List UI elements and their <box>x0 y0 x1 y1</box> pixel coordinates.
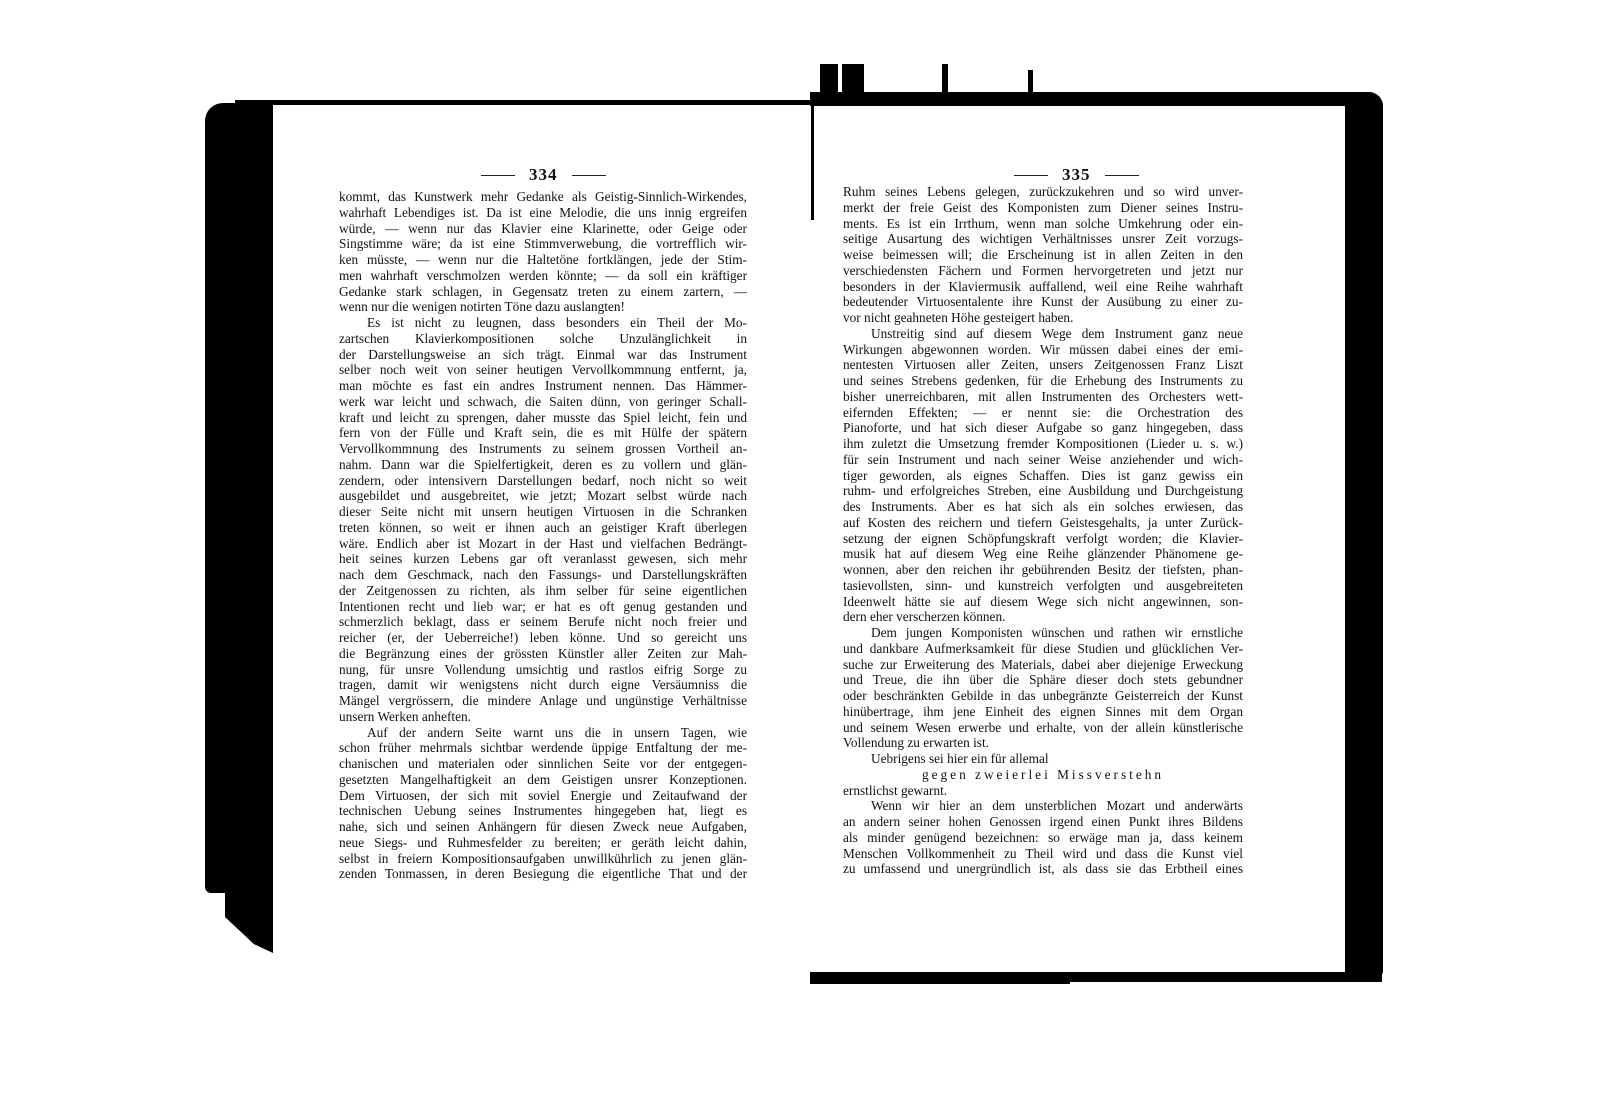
folio-dash <box>481 175 515 176</box>
text-line: fern von der Fülle und Kraft sein, die e… <box>339 425 747 441</box>
left-page-top-edge <box>235 100 810 105</box>
page-tab-marker <box>820 64 838 96</box>
text-line: Ruhm seines Lebens gelegen, zurückzukehr… <box>843 184 1243 200</box>
text-line: selbst in freiern Kompositionsaufgaben u… <box>339 851 747 867</box>
right-page-top-edge <box>810 92 1382 106</box>
text-line: auf Kosten des reichern und tiefern Geis… <box>843 515 1243 531</box>
text-line: schon früher mehrmals sichtbar werdende … <box>339 740 747 756</box>
text-line: verschiedensten Fächern und Formen hervo… <box>843 263 1243 279</box>
body-text: Ruhm seines Lebens gelegen, zurückzukehr… <box>843 184 1243 877</box>
text-line: Auf der andern Seite warnt uns die in un… <box>339 725 747 741</box>
text-line: merkt der freie Geist des Komponisten zu… <box>843 200 1243 216</box>
text-line: der Zeitgenossen zu richten, als ihm sel… <box>339 583 747 599</box>
text-line: men wahrhaft verschmolzen werden könnte;… <box>339 268 747 284</box>
text-line: heit seines kurzen Lebens gar oft veranl… <box>339 551 747 567</box>
text-line: tragen, damit wir wenigstens nicht durch… <box>339 677 747 693</box>
text-line: ernstlichst gewarnt. <box>843 783 1243 799</box>
text-line: man möchte es fast ein andres Instrument… <box>339 378 747 394</box>
left-book-edge-shadow <box>205 103 273 893</box>
text-line: bedeutender Virtuosentalente ihre Kunst … <box>843 294 1243 310</box>
text-line: selber noch weit von seiner heutigen Ver… <box>339 362 747 378</box>
left-page: 334 kommt, das Kunstwerk mehr Gedanke al… <box>273 108 810 988</box>
text-line: des Instruments. Aber es hat sich als ei… <box>843 499 1243 515</box>
text-line: bisher unerreichbaren, mit allen Instrum… <box>843 389 1243 405</box>
text-line: tasievollsten, sinn- und kunstreich verf… <box>843 578 1243 594</box>
text-line: gesetzten Mangelhaftigkeit an dem Geisti… <box>339 772 747 788</box>
left-book-edge-corner <box>225 893 273 953</box>
text-line: wenn nur die wenigen notirten Töne dazu … <box>339 299 747 315</box>
text-line: und seinem Wesen erwerbe und erhalte, vo… <box>843 720 1243 736</box>
page-tab-marker <box>842 64 864 96</box>
text-line: als minder genügend bezeichnen: so erwäg… <box>843 830 1243 846</box>
text-line: eifernden Effekten; — er nennt sie: die … <box>843 405 1243 421</box>
text-line: chanischen und materialen oder sinnliche… <box>339 756 747 772</box>
text-line: tiger geworden, als eignes Schaffen. Die… <box>843 468 1243 484</box>
text-line: ihm zuletzt die Umsetzung fremder Kompos… <box>843 436 1243 452</box>
text-line: kraft und leicht zu sprengen, daher muss… <box>339 410 747 426</box>
text-line: musik hat auf diesem Weg eine Reihe glän… <box>843 546 1243 562</box>
text-line: kommt, das Kunstwerk mehr Gedanke als Ge… <box>339 189 747 205</box>
text-line: treten können, so weit er ihnen auch an … <box>339 520 747 536</box>
page-number-header: 334 <box>481 165 606 185</box>
text-line: setzung der eignen Schöpfungskraft verfo… <box>843 531 1243 547</box>
text-line: vor nicht geahneten Höhe gesteigert habe… <box>843 310 1243 326</box>
text-line: für sein Instrument und nach seiner Weis… <box>843 452 1243 468</box>
text-line: nahe, sich und seinen Anhängern für dies… <box>339 819 747 835</box>
page-tab-marker <box>942 64 948 96</box>
text-line: Intentionen recht und lieb war; er hat e… <box>339 599 747 615</box>
text-line: Es ist nicht zu leugnen, dass besonders … <box>339 315 747 331</box>
text-line: seitige Ausartung des wichtigen Verhältn… <box>843 231 1243 247</box>
text-line: die Begränzung eines der grössten Künstl… <box>339 646 747 662</box>
text-line: oder beschränkten Gebilde in das unbegrä… <box>843 688 1243 704</box>
text-line: reicher (er, der Ueberreiche!) leben kön… <box>339 630 747 646</box>
text-line: zendern, oder intensivern Darstellungen … <box>339 473 747 489</box>
text-line: Vervollkommnung des Instruments zu seine… <box>339 441 747 457</box>
right-book-edge-shadow <box>1345 92 1383 977</box>
text-line: wäre. Endlich aber ist Mozart in der Has… <box>339 536 747 552</box>
text-line: nahm. Dann war die Spielfertigkeit, dere… <box>339 457 747 473</box>
folio-dash <box>1014 175 1048 176</box>
text-line: nach dem Geschmack, nach den Fassungs- u… <box>339 567 747 583</box>
text-line: wahrhaft Lebendiges ist. Da ist eine Mel… <box>339 205 747 221</box>
text-line: gegen zweierlei Missverstehn <box>843 767 1243 783</box>
text-line: Gedanke stark schlagen, in Gegensatz tre… <box>339 284 747 300</box>
text-line: nentesten Virtuosen aller Zeiten, unsers… <box>843 357 1243 373</box>
text-line: hinübertrage, ihm jene Einheit des eigne… <box>843 704 1243 720</box>
text-line: unsern Werken anheften. <box>339 709 747 725</box>
text-line: ruhm- und erfolgreiches Streben, eine Au… <box>843 483 1243 499</box>
text-line: der Darstellungsweise an sich trägt. Ein… <box>339 347 747 363</box>
text-line: Menschen Vollkommenheit zu Theil wird un… <box>843 846 1243 862</box>
right-page: 335 Ruhm seines Lebens gelegen, zurückzu… <box>814 108 1344 970</box>
text-line: Dem jungen Komponisten wünschen und rath… <box>843 625 1243 641</box>
right-page-bottom-lip <box>810 978 1070 984</box>
page-number-header: 335 <box>1014 165 1139 185</box>
text-line: Mängel vergrössern, die mindere Anlage u… <box>339 693 747 709</box>
text-line: neue Siegs- und Ruhmesfelder zu bereiten… <box>339 835 747 851</box>
text-line: würde, — wenn nur das Klavier eine Klari… <box>339 221 747 237</box>
text-line: Wirkungen abgewonnen worden. Wir müssen … <box>843 342 1243 358</box>
text-line: suche zur Erweiterung des Materials, dab… <box>843 657 1243 673</box>
text-line: ausgebildet und ausgebreitet, wie jetzt;… <box>339 488 747 504</box>
text-line: dern eher verscherzen können. <box>843 609 1243 625</box>
text-line: Dem Virtuosen, der sich mit soviel Energ… <box>339 788 747 804</box>
text-line: werk war leicht und schwach, die Saiten … <box>339 394 747 410</box>
text-line: Singstimme wäre; da ist eine Stimmverweb… <box>339 236 747 252</box>
text-line: weise beimessen will; die Erscheinung is… <box>843 247 1243 263</box>
body-text: kommt, das Kunstwerk mehr Gedanke als Ge… <box>339 189 747 882</box>
text-line: zartschen Klavierkompositionen solche Un… <box>339 331 747 347</box>
text-line: wonnen, aber den reichen ihr gebührenden… <box>843 562 1243 578</box>
text-line: an andern seiner hohen Genossen irgend e… <box>843 814 1243 830</box>
text-line: Wenn wir hier an dem unsterblichen Mozar… <box>843 798 1243 814</box>
text-line: technischen Uebung seines Instrumentes h… <box>339 803 747 819</box>
folio-dash <box>1105 175 1139 176</box>
text-line: ments. Es ist ein Irrthum, wenn man solc… <box>843 216 1243 232</box>
page-tab-marker <box>1028 70 1033 96</box>
text-line: Vollendung zu erwarten ist. <box>843 735 1243 751</box>
text-line: und Treue, die ihn über die Sphäre diese… <box>843 672 1243 688</box>
text-line: und dankbare Aufmerksamkeit für diese St… <box>843 641 1243 657</box>
page-number: 334 <box>529 165 558 185</box>
text-line: zenden Tonmassen, in deren Besiegung die… <box>339 866 747 882</box>
folio-dash <box>572 175 606 176</box>
text-line: Pianoforte, und hat sich dieser Aufgabe … <box>843 420 1243 436</box>
text-line: besonders in der Klaviermusik auffallend… <box>843 279 1243 295</box>
text-line: und seines Strebens gedenken, für die Er… <box>843 373 1243 389</box>
text-line: Ideenwelt hätte sie auf diesem Wege sich… <box>843 594 1243 610</box>
text-line: schmerzlich beklagt, dass er seinem Beru… <box>339 614 747 630</box>
page-number: 335 <box>1062 165 1091 185</box>
text-line: Uebrigens sei hier ein für allemal <box>843 751 1243 767</box>
text-line: zu umfassend und unergründlich ist, als … <box>843 861 1243 877</box>
text-line: Unstreitig sind auf diesem Wege dem Inst… <box>843 326 1243 342</box>
text-line: nung, für unsre Vollendung umsichtig und… <box>339 662 747 678</box>
text-line: dieser Seite nicht mit unsern heutigen V… <box>339 504 747 520</box>
text-line: ken müsste, — wenn nur die Haltetöne for… <box>339 252 747 268</box>
